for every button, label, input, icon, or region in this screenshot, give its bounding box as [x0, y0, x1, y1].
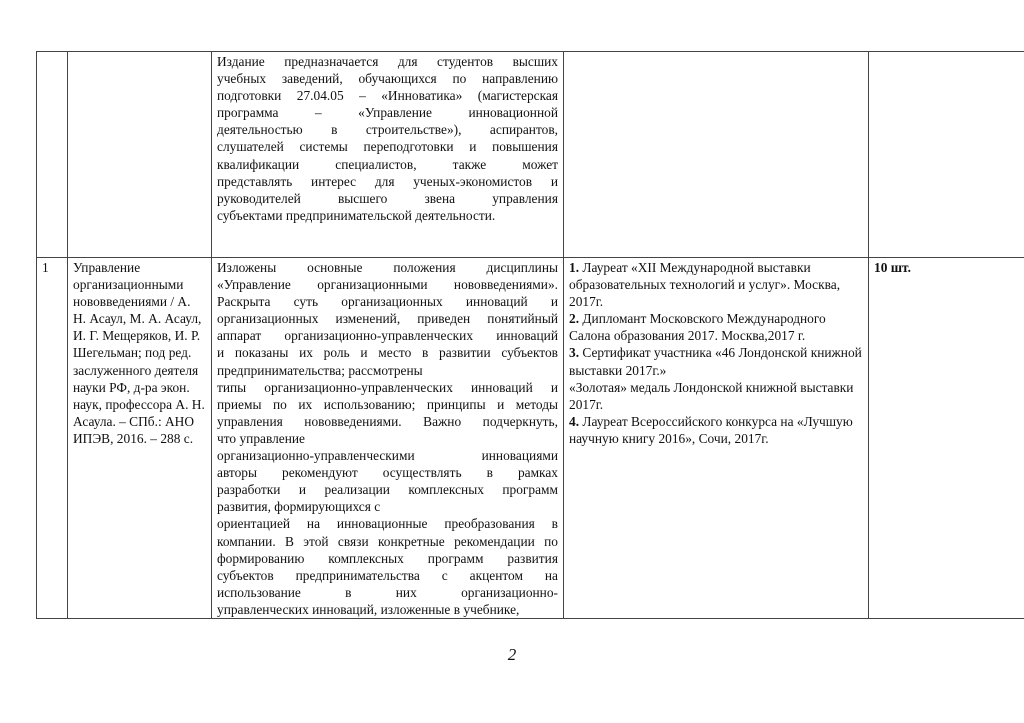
description-line: формированию комплексных программ развит…: [217, 550, 558, 567]
awards-cell: [564, 52, 869, 258]
description-line: типы организационно-управленческих иннов…: [217, 379, 558, 396]
description-line: использование в них организационно-: [217, 584, 558, 601]
award-item: 2. Дипломант Московского Международного …: [569, 310, 863, 344]
description-line: что управление: [217, 430, 558, 447]
description-line: ориентацией на инновационные преобразова…: [217, 515, 558, 532]
description-line: приемы по их использованию; принципы и м…: [217, 396, 558, 413]
quantity-cell: [869, 52, 1024, 258]
description-line: и показаны их роль и место в развитии су…: [217, 344, 558, 361]
description-line: учебных заведений, обучающихся по направ…: [217, 70, 558, 87]
quantity-cell: 10 шт.: [869, 258, 1024, 619]
description-line: аппарат организационно-управленческих ин…: [217, 327, 558, 344]
description-line: руководителей высшего звена управления: [217, 190, 558, 207]
description-line: Изложены основные положения дисциплины: [217, 259, 558, 276]
title-cell: [68, 52, 212, 258]
title-cell: Управление организационными нововведения…: [68, 258, 212, 619]
description-line: субъектами предпринимательской деятельно…: [217, 207, 558, 224]
description-line: Раскрыта суть организационных инноваций …: [217, 293, 558, 310]
awards-cell: 1. Лауреат «XII Международной выставки о…: [564, 258, 869, 619]
description-line: компании. В этой связи конкретные рекоме…: [217, 533, 558, 550]
description-line: развития, формирующихся с: [217, 498, 558, 515]
award-item: 1. Лауреат «XII Международной выставки о…: [569, 259, 863, 310]
description-line: авторы рекомендуют осуществлять в рамках: [217, 464, 558, 481]
award-number: 2.: [569, 311, 579, 326]
description-line: подготовки 27.04.05 – «Инноватика» (маги…: [217, 87, 558, 104]
description-line: представлять интерес для ученых-экономис…: [217, 173, 558, 190]
description-line: управления нововведениями. Важно подчерк…: [217, 413, 558, 430]
award-number: 1.: [569, 260, 579, 275]
row-number-cell: [37, 52, 68, 258]
table-row: Издание предназначается для студентов вы…: [37, 52, 1024, 258]
award-item: 4. Лауреат Всероссийского конкурса на «Л…: [569, 413, 863, 447]
description-line: Издание предназначается для студентов вы…: [217, 53, 558, 70]
description-line: деятельностью в строительстве»), аспиран…: [217, 121, 558, 138]
publications-table: Издание предназначается для студентов вы…: [36, 51, 1024, 619]
description-line: управленческих инноваций, изложенные в у…: [217, 601, 558, 618]
award-item: «Золотая» медаль Лондонской книжной выст…: [569, 379, 863, 413]
description-line: предпринимательства; рассмотрены: [217, 362, 558, 379]
award-number: 3.: [569, 345, 579, 360]
description-line: программа – «Управление инновационной: [217, 104, 558, 121]
description-cell: Издание предназначается для студентов вы…: [212, 52, 564, 258]
page-number: 2: [0, 645, 1024, 665]
row-number-cell: 1: [37, 258, 68, 619]
description-line: субъектов предпринимательства с акцентом…: [217, 567, 558, 584]
award-item: 3. Сертификат участника «46 Лондонской к…: [569, 344, 863, 378]
award-number: 4.: [569, 414, 579, 429]
description-line: разработки и реализации комплексных прог…: [217, 481, 558, 498]
description-line: организационно-управленческими инновация…: [217, 447, 558, 464]
description-line: слушателей системы переподготовки и повы…: [217, 138, 558, 155]
description-line: «Управление организационными нововведени…: [217, 276, 558, 293]
description-line: организационных изменений, приведен поня…: [217, 310, 558, 327]
table-row: 1 Управление организационными нововведен…: [37, 258, 1024, 619]
description-cell: Изложены основные положения дисциплины«У…: [212, 258, 564, 619]
description-line: квалификации специалистов, также может: [217, 156, 558, 173]
